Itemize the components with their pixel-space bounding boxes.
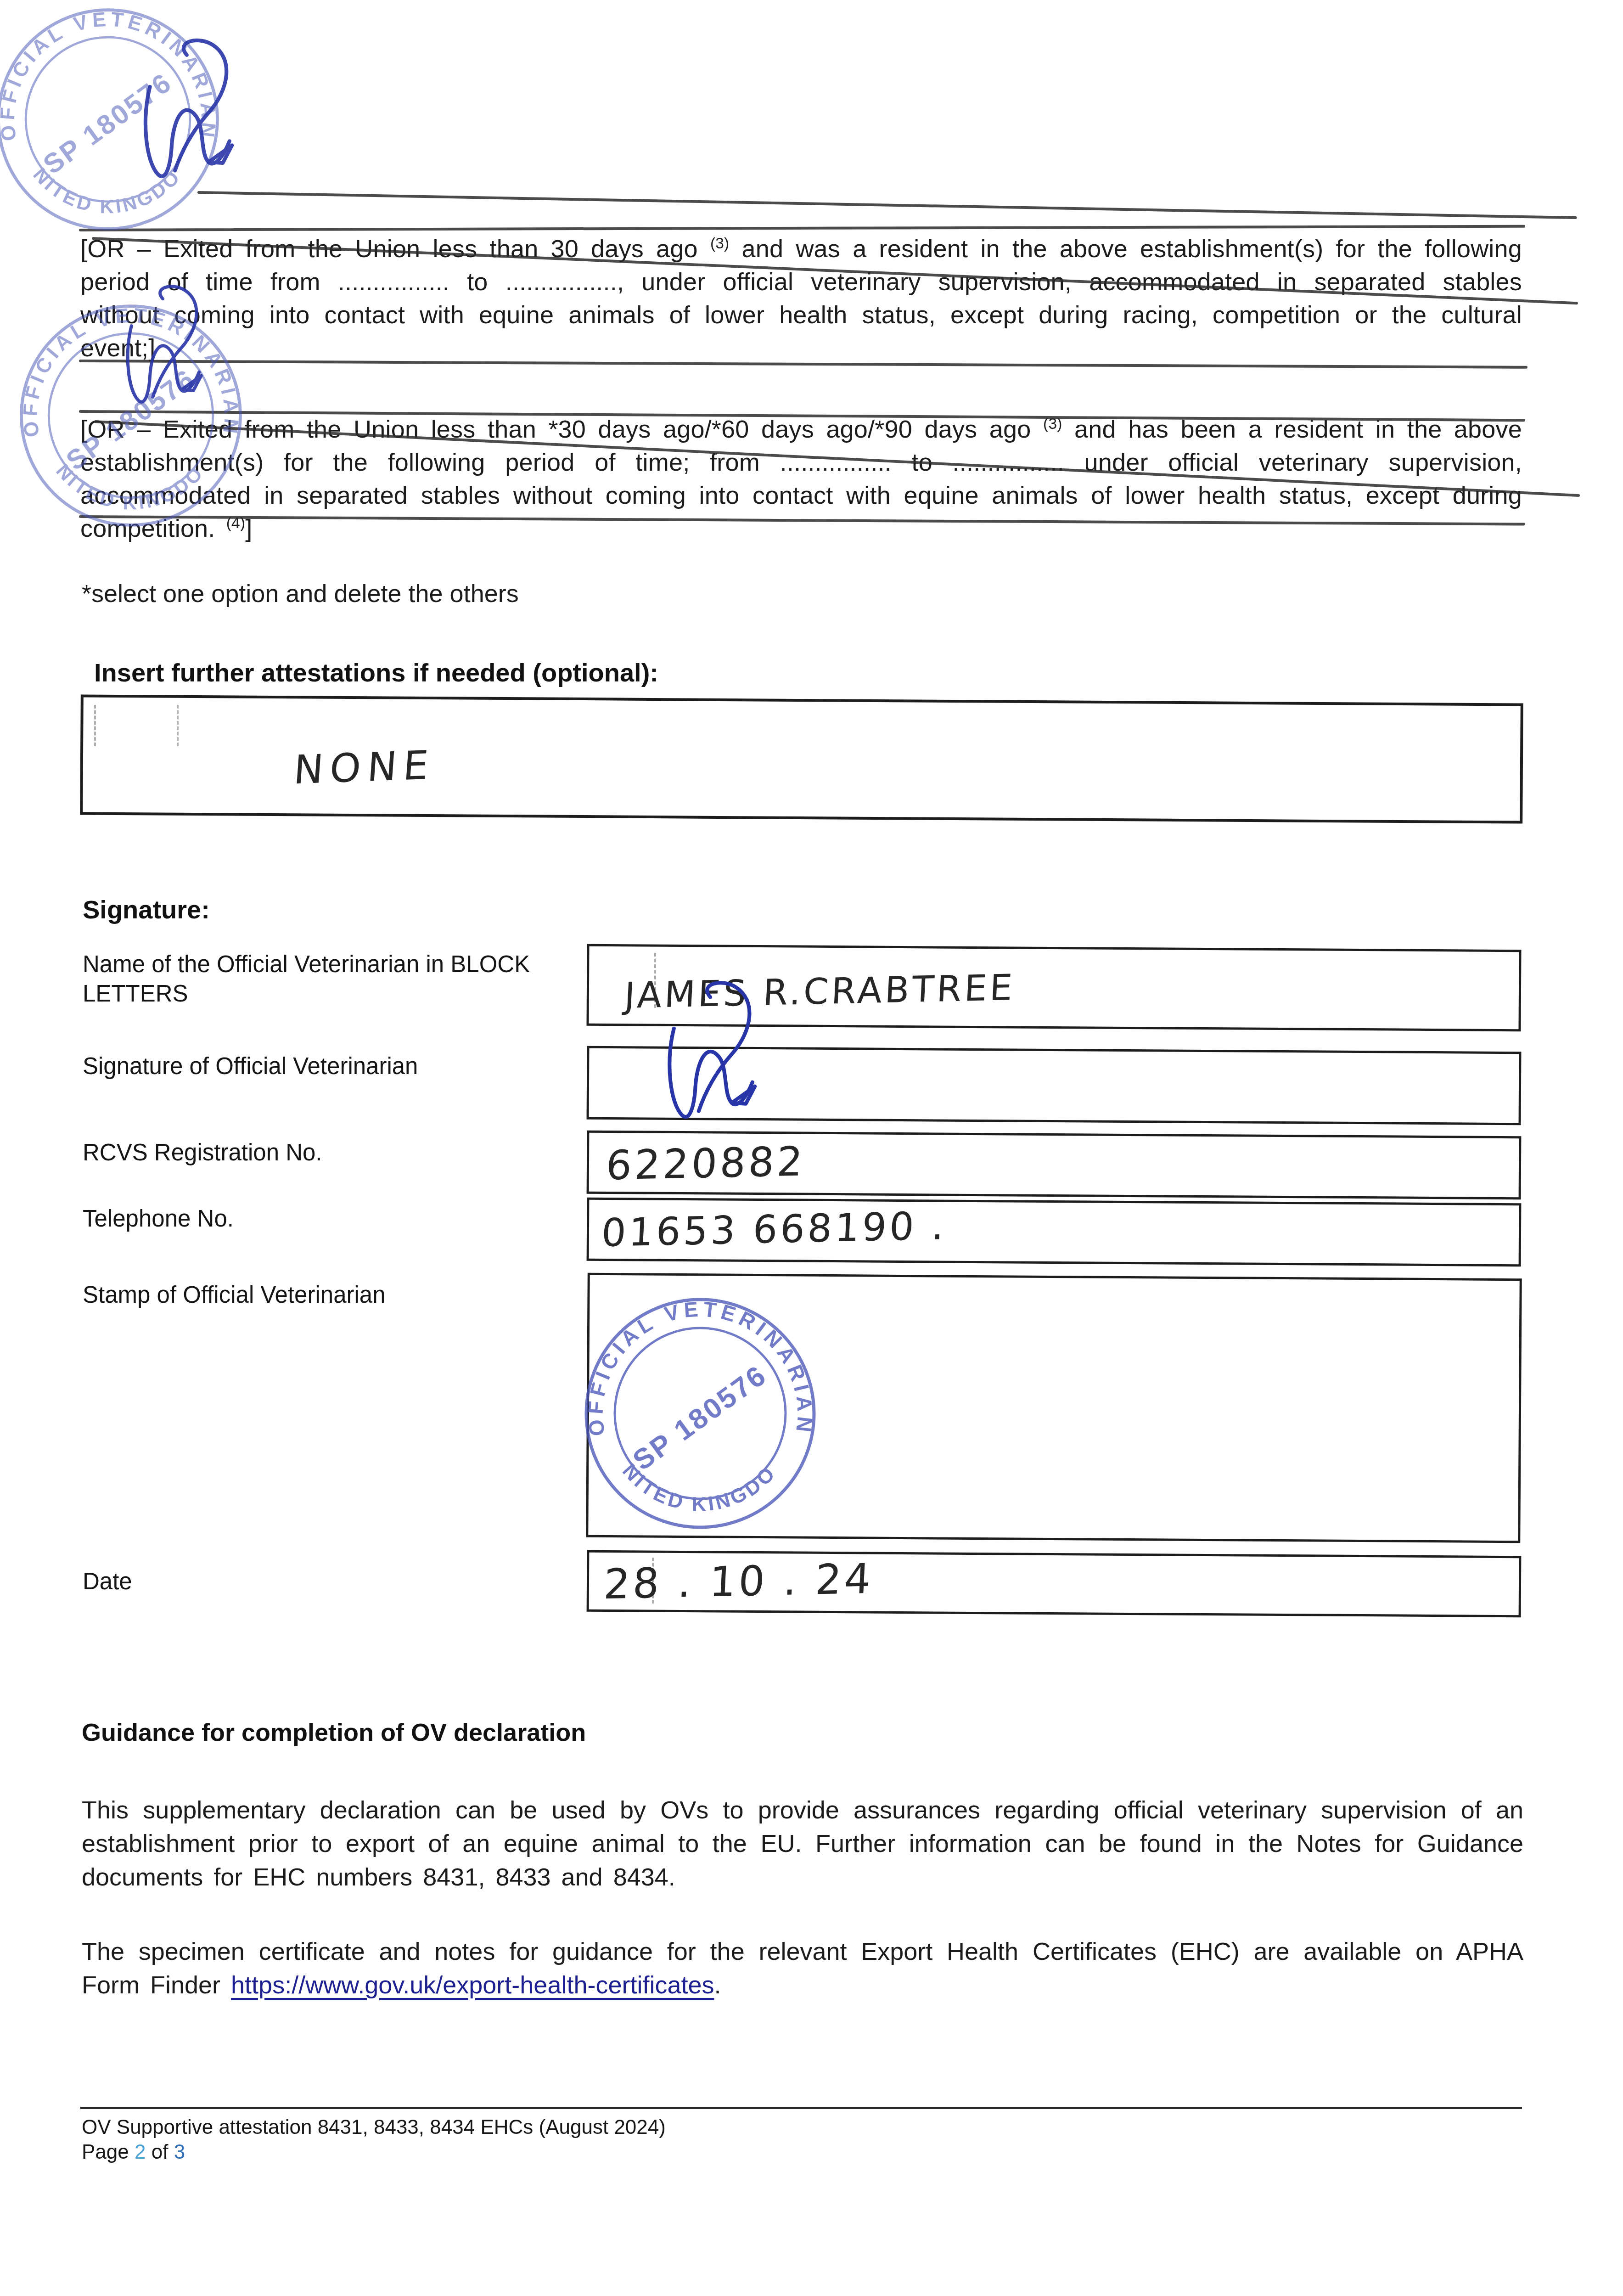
footer-page-number: 2 [135,2141,146,2163]
footer-page-word: Page [82,2141,135,2163]
scanned-document-page: [OR – Exited from the Union less than 30… [0,0,1623,2296]
scan-tick-mark [177,705,179,746]
strike-line [197,191,1577,219]
export-health-certificates-link[interactable]: https://www.gov.uk/export-health-certifi… [231,1971,714,1999]
stamp-label: Stamp of Official Veterinarian [83,1280,588,1310]
signature-mark [124,34,266,204]
rcvs-label: RCVS Registration No. [83,1138,569,1167]
phone-label: Telephone No. [83,1204,569,1233]
signature-section-heading: Signature: [83,895,210,924]
guidance-paragraph-1: This supplementary declaration can be us… [82,1794,1523,1894]
stamp-center-text: SP 180576 [627,1359,773,1477]
strike-line [79,225,1525,231]
signature-mark [108,282,232,425]
footer-page-indicator: Page 2 of 3 [82,2141,185,2164]
option1-part1: [OR – Exited from the Union less than 30… [80,235,710,263]
official-veterinarian-stamp: OFFICIAL VETERINARIAN UNITED KINGDOM SP … [581,1294,820,1533]
option1-paragraph: [OR – Exited from the Union less than 30… [80,232,1522,365]
signature-mark [643,978,794,1143]
attestations-handwritten-value: NONE [292,742,437,793]
date-handwritten-value: 28 . 10 . 24 [602,1555,874,1609]
footer-divider [80,2107,1522,2109]
guidance-paragraph-2: The specimen certificate and notes for g… [82,1935,1523,2002]
phone-handwritten-value: 01653 668190 . [601,1203,948,1255]
scan-tick-mark [94,705,96,746]
select-option-note: *select one option and delete the others [82,580,519,608]
option2-part3: ] [245,515,252,542]
rcvs-handwritten-value: 6220882 [605,1137,807,1189]
attestations-heading: Insert further attestations if needed (o… [94,658,658,687]
guidance-heading: Guidance for completion of OV declaratio… [82,1718,586,1747]
footer-title: OV Supportive attestation 8431, 8433, 84… [82,2116,666,2139]
footer-page-total: 3 [174,2141,185,2163]
option1-footnote-3: (3) [710,235,730,252]
footer-of-word: of [146,2141,174,2163]
guidance-p2-period: . [714,1971,721,1999]
date-label: Date [83,1567,569,1596]
name-label: Name of the Official Veterinarian in BLO… [83,950,569,1008]
signature-label: Signature of Official Veterinarian [83,1052,588,1081]
